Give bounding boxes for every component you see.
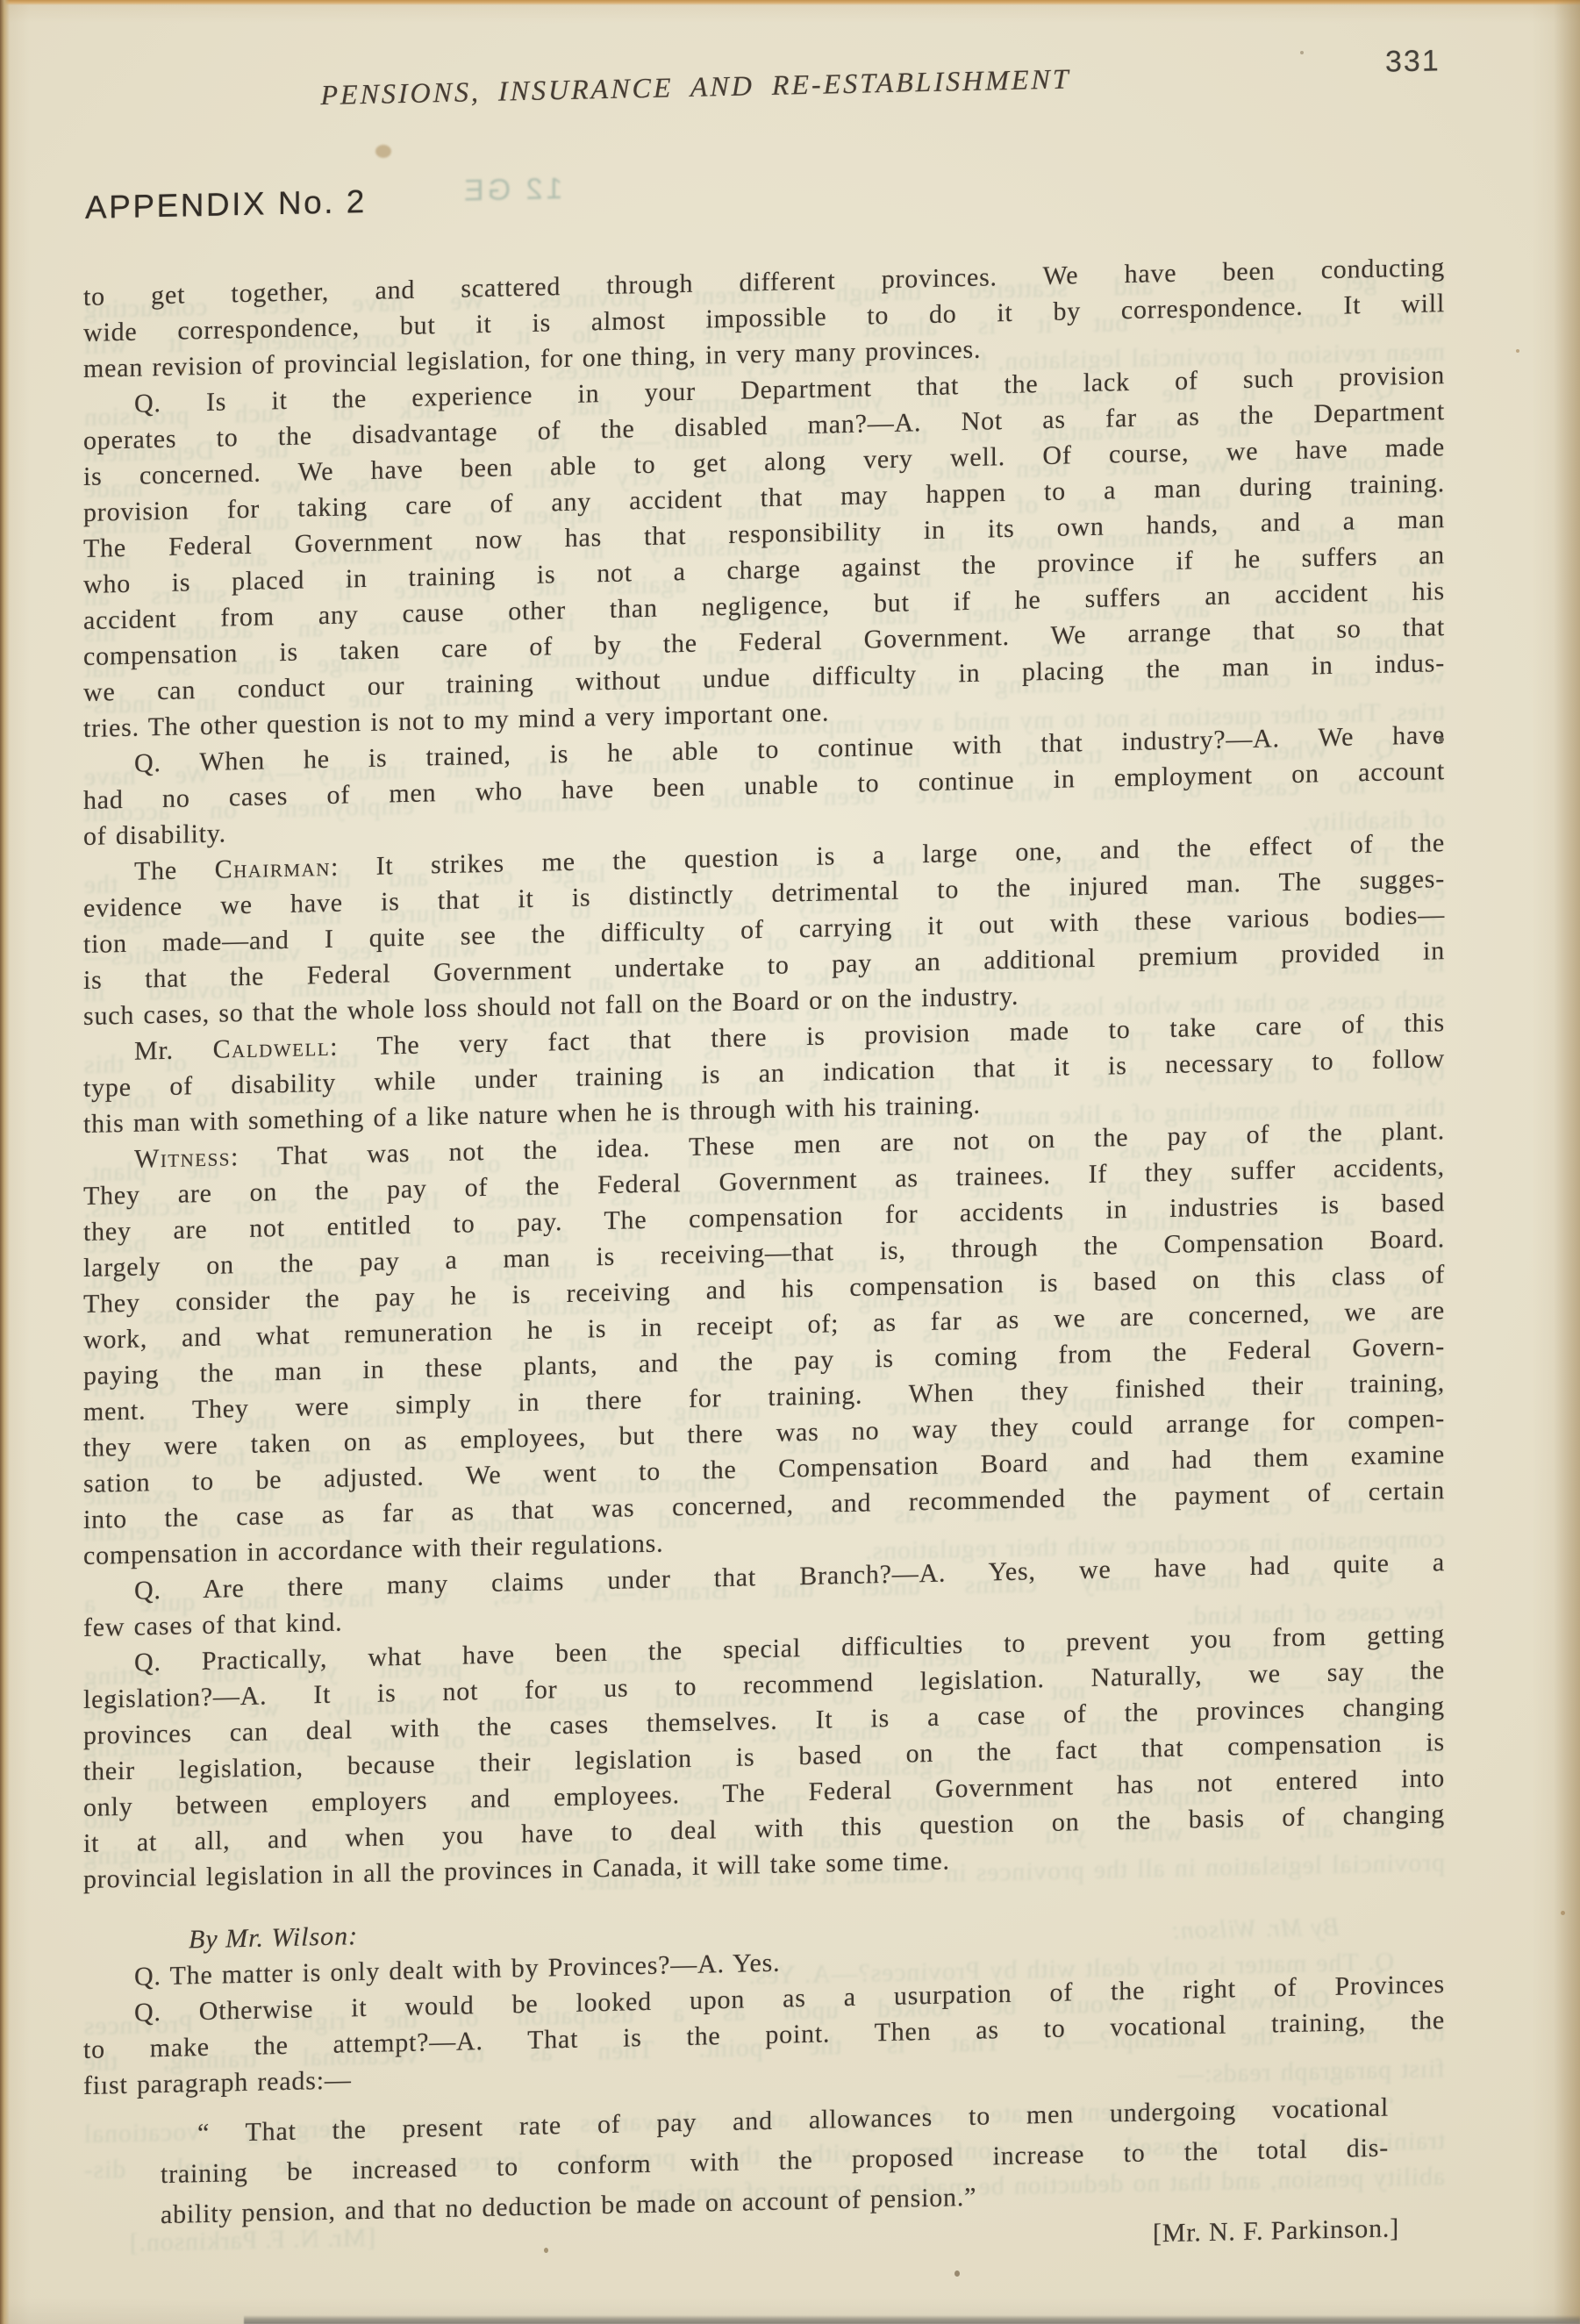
- page-top-edge: [0, 0, 1580, 5]
- page-number: 331: [1385, 44, 1441, 79]
- quotation-lines: “ That the present rate of pay and allow…: [161, 2088, 1389, 2236]
- testimony-lines: to get together, and scattered through d…: [83, 249, 1445, 1898]
- scanned-page: 12 GE PENSIONS, INSURANCE AND RE-ESTABLI…: [0, 0, 1580, 2324]
- small-caps-name: Caldwell: [213, 1033, 330, 1064]
- page-content: 12 GE PENSIONS, INSURANCE AND RE-ESTABLI…: [83, 5, 1445, 35]
- running-header: PENSIONS, INSURANCE AND RE-ESTABLISHMENT: [231, 61, 1161, 113]
- small-caps-name: Chairman: [215, 853, 331, 884]
- body-text: to get together, and scattered through d…: [83, 249, 1445, 2275]
- page-right-edge: [1554, 0, 1580, 2324]
- bleedthrough-stamp: 12 GE: [461, 172, 562, 209]
- appendix-heading: APPENDIX No. 2: [85, 183, 367, 226]
- small-caps-name: Witness: [134, 1142, 231, 1173]
- page-left-edge: [0, 0, 10, 2324]
- wilson-qa-lines: Q. The matter is only dealt with by Prov…: [83, 1930, 1445, 2104]
- quotation-block: “ That the present rate of pay and allow…: [161, 2088, 1389, 2236]
- page-bottom-edge: [244, 2315, 1580, 2324]
